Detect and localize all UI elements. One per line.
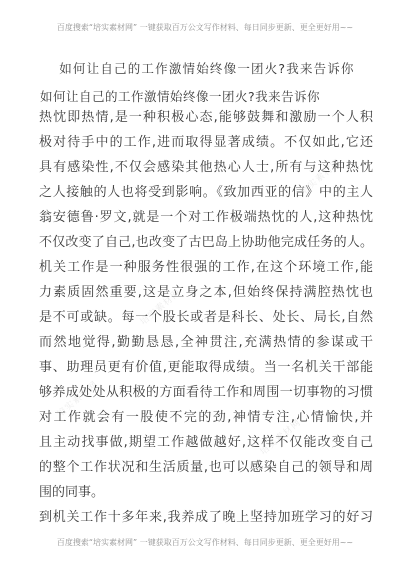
body-line: 的整个工作状况和生活质量,也可以感染自己的领导和周 — [39, 455, 373, 480]
body-line: 不仅改变了自己,也改变了古巴岛上协助他完成任务的人。 — [39, 230, 373, 255]
body-line: 具有感染性,不仅会感染其他热心人士,所有与这种热忱 — [39, 155, 373, 180]
body-line: 之人接触的人也将受到影响。《致加西亚的信》中的主人 — [39, 180, 373, 205]
body-line: 极对待手中的工作,进而取得显著成绩。不仅如此,它还 — [39, 130, 373, 155]
body-line: 是不可或缺。每一个股长或者是科长、处长、局长,自然 — [39, 305, 373, 330]
body-line: 热忱即热情,是一种积极心态,能够鼓舞和激励一个人积 — [39, 105, 373, 130]
document-heading: 如何让自己的工作激情始终像一团火?我来告诉你 — [40, 87, 320, 105]
body-line: 事、助理员更有价值,更能取得成绩。当一名机关干部能 — [39, 355, 373, 380]
document-title: 如何让自己的工作激情始终像一团火?我来告诉你 — [40, 59, 374, 77]
body-line: 而然地觉得,勤勤恳恳,全神贯注,充满热情的参谋或干 — [39, 330, 373, 355]
body-line: 围的同事。 — [39, 480, 373, 505]
document-page: 百度搜索“培实素材网” 一键获取百万公文写作材料、每日同步更新、更全更好用~~ … — [0, 0, 410, 580]
body-line: 对工作就会有一股使不完的劲,神情专注,心情愉快,并 — [39, 405, 373, 430]
body-line: 到机关工作十多年来,我养成了晚上坚持加班学习的好习 — [39, 505, 373, 530]
header-note: 百度搜索“培实素材网” 一键获取百万公文写作材料、每日同步更新、更全更好用~~ — [0, 22, 410, 33]
body-line: 力素质固然重要,这是立身之本,但始终保持满腔热忱也 — [39, 280, 373, 305]
body-line: 且主动找事做,期望工作越做越好,这样不仅能改变自己 — [39, 430, 373, 455]
body-line: 翁安德鲁·罗文,就是一个对工作极端热忱的人,这种热忱 — [39, 205, 373, 230]
footer-note: 百度搜索“培实素材网” 一键获取百万公文写作材料、每日同步更新、更全更好用~~ — [0, 537, 410, 548]
body-line: 机关工作是一种服务性很强的工作,在这个环境工作,能 — [39, 255, 373, 280]
document-body: 热忱即热情,是一种积极心态,能够鼓舞和激励一个人积 极对待手中的工作,进而取得显… — [39, 105, 373, 530]
body-line: 够养成处处从积极的方面看待工作和周围一切事物的习惯 — [39, 380, 373, 405]
